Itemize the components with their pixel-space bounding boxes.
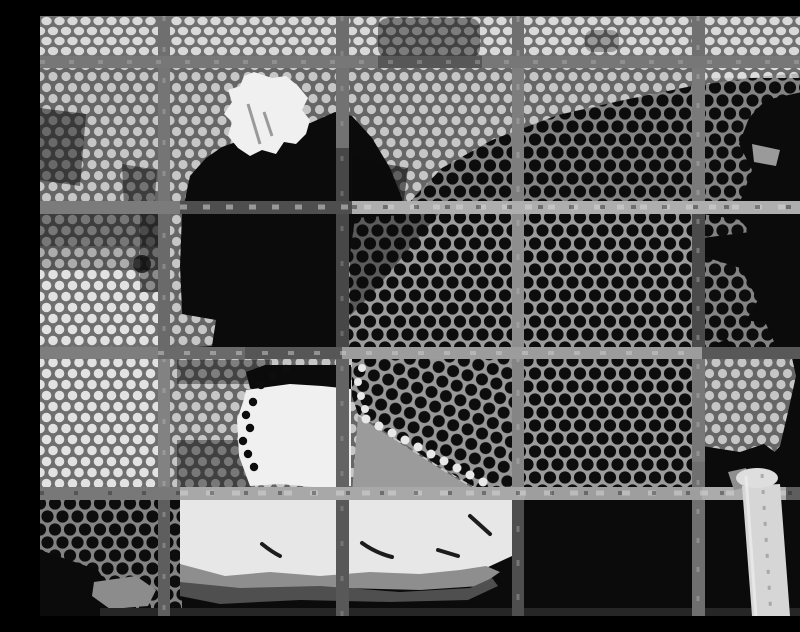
lit-hole-dot [357, 392, 365, 400]
photo-frame [40, 16, 800, 616]
bar-segment [158, 358, 170, 494]
bar-segment [702, 347, 800, 359]
grid-bar-vertical-4 [692, 16, 705, 616]
torn-edge-dot [242, 411, 250, 419]
grid-bar-horizontal-4 [40, 487, 800, 500]
bar-segment [378, 56, 482, 68]
shade-top-spot [585, 30, 619, 52]
post-top-cap [736, 468, 778, 488]
grid-bar-horizontal-3 [40, 347, 800, 359]
lit-hole-dot [401, 436, 410, 445]
lit-hole-dot [354, 378, 362, 386]
bar-segment [692, 16, 705, 62]
torn-edge-dot [257, 381, 265, 389]
lit-hole-dot [466, 471, 475, 480]
lit-hole-dot [358, 364, 366, 372]
torn-edge-dot [249, 398, 257, 406]
shade-left-blob [40, 108, 86, 186]
torn-edge-dot [282, 365, 290, 373]
mesh-fleck-in-hole [182, 314, 216, 348]
lit-hole-dot [414, 443, 423, 452]
bar-segment [336, 62, 349, 148]
bar-segment [158, 347, 245, 359]
lit-hole-dot [453, 464, 462, 473]
lit-hole-dot [361, 405, 369, 413]
bar-segment [40, 201, 180, 214]
bar-segment [512, 212, 524, 358]
bar-segment [336, 494, 349, 616]
lit-hole-dot [427, 450, 436, 459]
lit-hole-dot [375, 422, 384, 431]
lit-hole-dot [362, 415, 371, 424]
grid-bar-vertical-1 [158, 16, 170, 616]
lit-hole-dot [388, 429, 397, 438]
torn-edge-dot [246, 424, 254, 432]
bar-segment [40, 347, 158, 359]
mesh-damaged-lower-center [520, 358, 702, 494]
torn-edge-dot [239, 437, 247, 445]
grid-bar-vertical-2 [336, 16, 349, 616]
torn-edge-dot [244, 450, 252, 458]
torn-edge-dot [269, 372, 277, 380]
bar-segment [336, 148, 349, 358]
grid-bar-horizontal-1 [40, 56, 800, 68]
shade-top-smudge [378, 18, 480, 58]
shade-left-column-edge [140, 212, 158, 292]
grid-bar-horizontal-2 [40, 201, 800, 214]
lit-hole-dot [479, 478, 488, 487]
photo-canvas [40, 16, 800, 616]
lit-hole-dot [440, 457, 449, 466]
torn-edge-dot [250, 463, 258, 471]
bar-segment [692, 358, 705, 462]
grid-bar-vertical-3 [512, 16, 524, 616]
